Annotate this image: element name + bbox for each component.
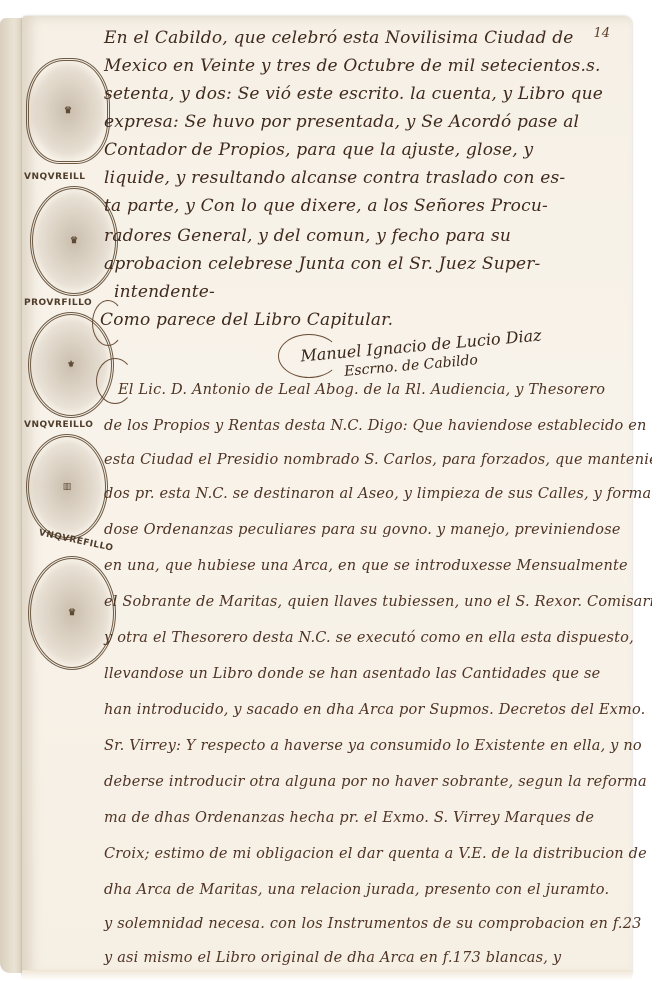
text-line: esta Ciudad el Presidio nombrado S. Carl… <box>104 452 652 468</box>
text-line: de los Propios y Rentas desta N.C. Digo:… <box>104 418 647 434</box>
manuscript-page: 14 ♛ VNQVREILL ♛ PROVRFILLO ⚜ VNQVREILLO… <box>22 16 632 978</box>
text-line: aprobacion celebrese Junta con el Sr. Ju… <box>104 254 540 274</box>
text-line: Contador de Propios, para que la ajuste,… <box>104 140 533 160</box>
deckled-page-edge <box>22 970 632 980</box>
crown-shield-icon: ⚜ <box>67 360 75 370</box>
text-line: expresa: Se huvo por presentada, y Se Ac… <box>104 112 579 132</box>
stamp-label-1: VNQVREILL <box>24 172 86 182</box>
text-line: Croix; estimo de mi obligacion el dar qu… <box>104 846 647 862</box>
text-line: Sr. Virrey: Y respecto a haverse ya cons… <box>104 738 642 754</box>
text-line: y otra el Thesorero desta N.C. se execut… <box>104 630 634 646</box>
text-line: Mexico en Veinte y tres de Octubre de mi… <box>104 56 601 76</box>
text-line: setenta, y dos: Se vió este escrito. la … <box>104 84 603 104</box>
text-line: En el Cabildo, que celebró esta Novilisi… <box>104 28 574 48</box>
folio-number: 14 <box>593 26 610 41</box>
text-line: ta parte, y Con lo que dixere, a los Señ… <box>104 196 548 216</box>
text-line: El Lic. D. Antonio de Leal Abog. de la R… <box>118 382 605 398</box>
royal-seal-stamp-5: ♛ <box>28 556 116 670</box>
text-line: el Sobrante de Maritas, quien llaves tub… <box>104 594 652 610</box>
royal-seal-stamp-1: ♛ <box>26 58 110 164</box>
text-line: y solemnidad necesa. con los Instrumento… <box>104 916 642 932</box>
capital-flourish <box>92 300 124 346</box>
text-line: liquide, y resultando alcanse contra tra… <box>104 168 565 188</box>
text-line: y asi mismo el Libro original de dha Arc… <box>104 950 561 966</box>
text-line: Como parece del Libro Capitular. <box>100 310 393 330</box>
crown-shield-icon: ♛ <box>70 236 78 246</box>
text-line: han introducido, y sacado en dha Arca po… <box>104 702 645 718</box>
text-line: dos pr. esta N.C. se destinaron al Aseo,… <box>104 486 651 502</box>
text-line: llevandose un Libro donde se han asentad… <box>104 666 600 682</box>
text-line: dose Ordenanzas peculiares para su govno… <box>104 522 621 538</box>
text-line: radores General, y del comun, y fecho pa… <box>104 226 511 246</box>
signature-flourish <box>278 334 340 378</box>
crown-shield-icon: ♛ <box>64 106 72 116</box>
arms-icon: ▥ <box>63 482 72 492</box>
stamp-label-3: VNQVREILLO <box>24 420 93 430</box>
text-line: dha Arca de Maritas, una relacion jurada… <box>104 882 609 898</box>
text-line: intendente- <box>114 282 215 302</box>
text-line: en una, que hubiese una Arca, en que se … <box>104 558 628 574</box>
text-line: ma de dhas Ordenanzas hecha pr. el Exmo.… <box>104 810 594 826</box>
crown-shield-icon: ♛ <box>68 608 76 618</box>
royal-seal-stamp-4: ▥ <box>26 434 108 540</box>
text-line: deberse introducir otra alguna por no ha… <box>104 774 647 790</box>
stamp-label-2: PROVRFILLO <box>24 298 92 308</box>
